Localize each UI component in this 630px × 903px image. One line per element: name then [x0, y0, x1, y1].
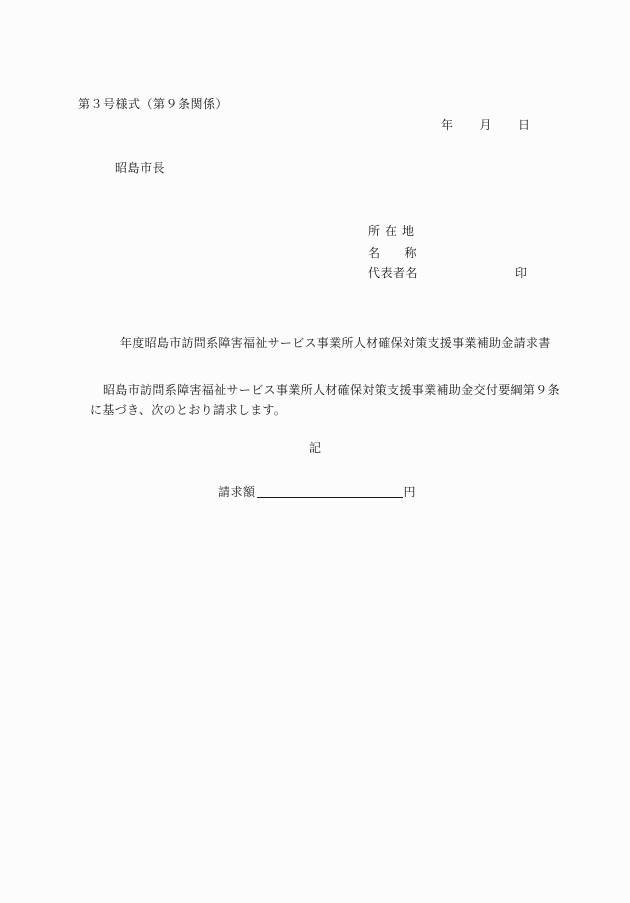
year-label: 年 — [441, 119, 454, 131]
amount-label: 請求額 — [218, 486, 256, 498]
ki-heading: 記 — [309, 442, 322, 454]
name-label-part-2: 称 — [405, 246, 418, 260]
amount-field[interactable] — [257, 485, 403, 498]
date-line: 年月日 — [441, 119, 531, 131]
addressee: 昭島市長 — [115, 162, 165, 174]
seal-mark: 印 — [515, 267, 528, 279]
address-label: 所在地 — [368, 225, 419, 237]
name-label: 名称 — [368, 247, 417, 259]
day-label: 日 — [518, 119, 531, 131]
body-paragraph: 昭島市訪問系障害福祉サービス事業所人材確保対策支援事業補助金交付要綱第９条に基づ… — [90, 380, 560, 420]
document-page: { "form": { "number": "第３号様式（第９条関係）", "d… — [0, 0, 630, 903]
amount-unit: 円 — [404, 486, 417, 498]
amount-row: 請求額 円 — [218, 485, 416, 498]
form-number: 第３号様式（第９条関係） — [78, 98, 228, 110]
month-label: 月 — [480, 119, 493, 131]
representative-label: 代表者名 — [368, 267, 418, 279]
name-label-part-1: 名 — [368, 246, 381, 260]
document-title: 年度昭島市訪問系障害福祉サービス事業所人材確保対策支援事業補助金請求書 — [120, 337, 551, 349]
